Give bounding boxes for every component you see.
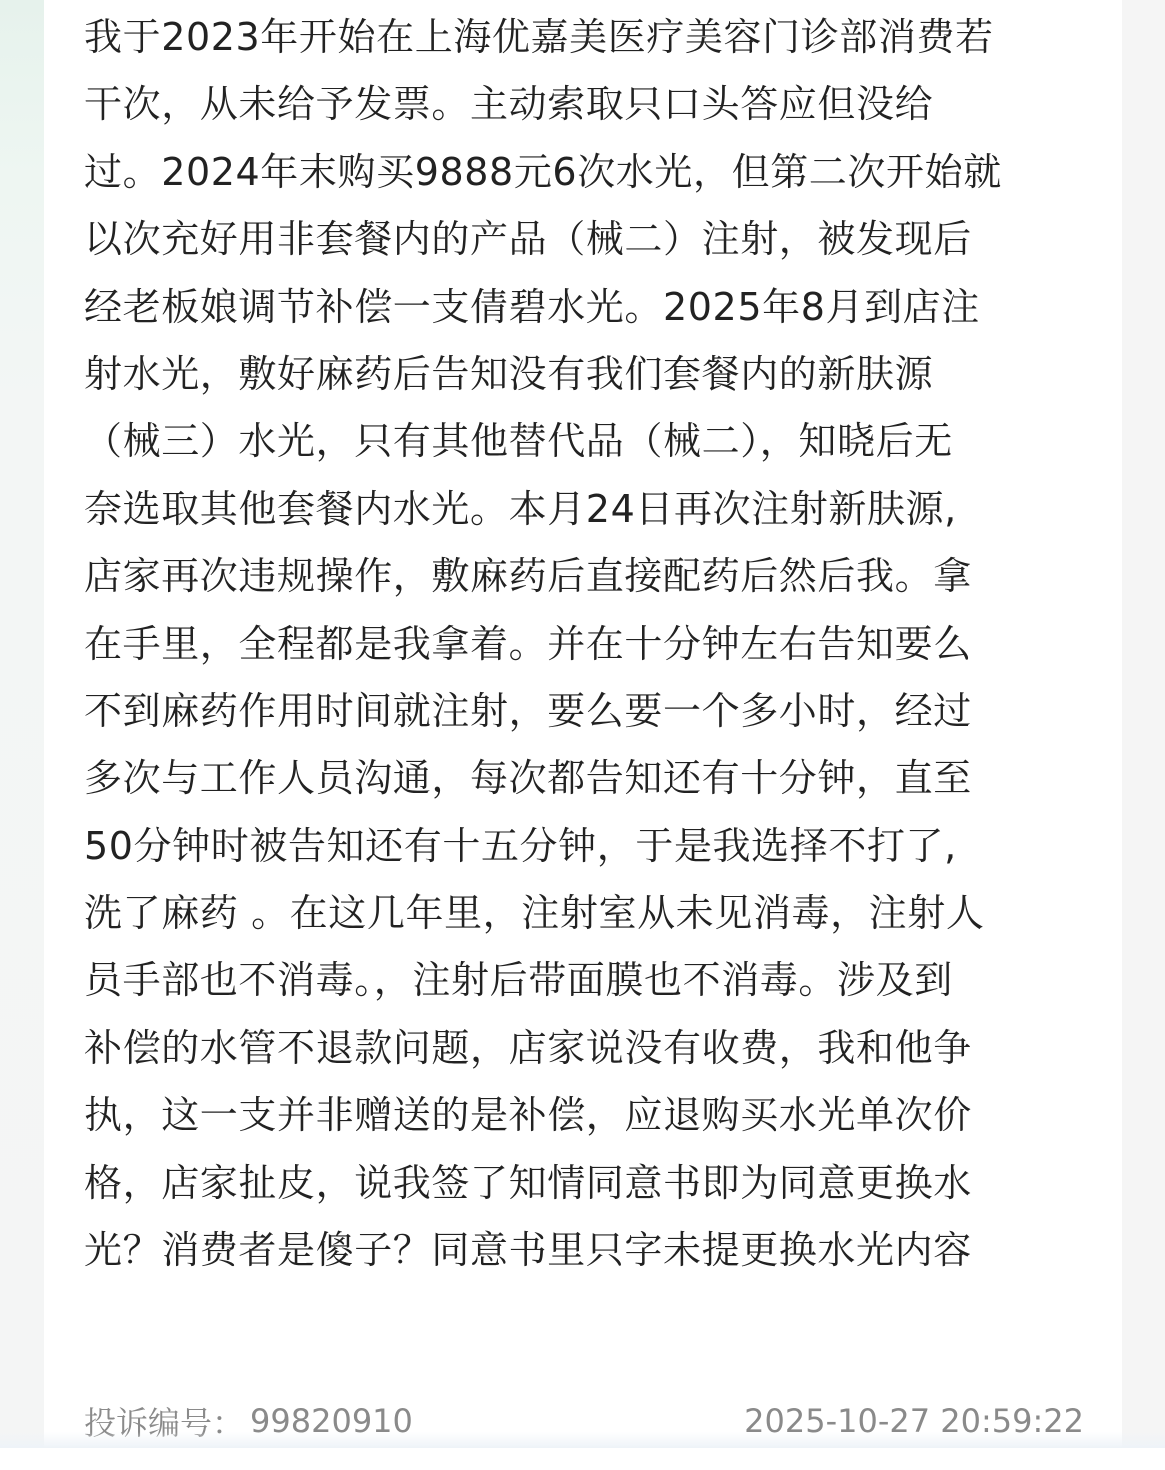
complaint-line: 员手部也不消毒。，注射后带面膜也不消毒。涉及到 — [84, 947, 1094, 1014]
complaint-line: 经老板娘调节补偿一支倩碧水光。2025年8月到店注 — [84, 274, 1094, 341]
complaint-line: 过。2024年末购买9888元6次水光，但第二次开始就 — [84, 139, 1094, 206]
complaint-line: 格，店家扯皮，说我签了知情同意书即为同意更换水 — [84, 1150, 1094, 1217]
complaint-line: 店家再次违规操作，敷麻药后直接配药后然后我。拿 — [84, 543, 1094, 610]
complaint-line: 洗了麻药 。在这几年里，注射室从未见消毒，注射人 — [84, 880, 1094, 947]
complaint-line: 补偿的水管不退款问题，店家说没有收费，我和他争 — [84, 1015, 1094, 1082]
complaint-line: 干次，从未给予发票。主动索取只口头答应但没给 — [84, 71, 1094, 138]
complaint-line: （械三）水光，只有其他替代品（械二），知晓后无 — [84, 408, 1094, 475]
complaint-line: 我于2023年开始在上海优嘉美医疗美容门诊部消费若 — [84, 4, 1094, 71]
bottom-divider-strip — [0, 1432, 1165, 1448]
complaint-card: 我于2023年开始在上海优嘉美医疗美容门诊部消费若 干次，从未给予发票。主动索取… — [44, 0, 1122, 1448]
complaint-body: 我于2023年开始在上海优嘉美医疗美容门诊部消费若 干次，从未给予发票。主动索取… — [84, 4, 1094, 1284]
left-background-margin — [0, 0, 44, 1470]
complaint-line: 执，这一支并非赠送的是补偿，应退购买水光单次价 — [84, 1082, 1094, 1149]
complaint-line: 50分钟时被告知还有十五分钟，于是我选择不打了, — [84, 813, 1094, 880]
complaint-line: 多次与工作人员沟通，每次都告知还有十分钟，直至 — [84, 745, 1094, 812]
bottom-background — [0, 1448, 1165, 1470]
complaint-line: 以次充好用非套餐内的产品（械二）注射，被发现后 — [84, 206, 1094, 273]
right-background-margin — [1122, 0, 1165, 1470]
complaint-line: 在手里，全程都是我拿着。并在十分钟左右告知要么 — [84, 611, 1094, 678]
complaint-line: 射水光，敷好麻药后告知没有我们套餐内的新肤源 — [84, 341, 1094, 408]
complaint-line: 不到麻药作用时间就注射，要么要一个多小时，经过 — [84, 678, 1094, 745]
complaint-line: 奈选取其他套餐内水光。本月24日再次注射新肤源, — [84, 476, 1094, 543]
complaint-line: 光？消费者是傻子？同意书里只字未提更换水光内容 — [84, 1217, 1094, 1284]
